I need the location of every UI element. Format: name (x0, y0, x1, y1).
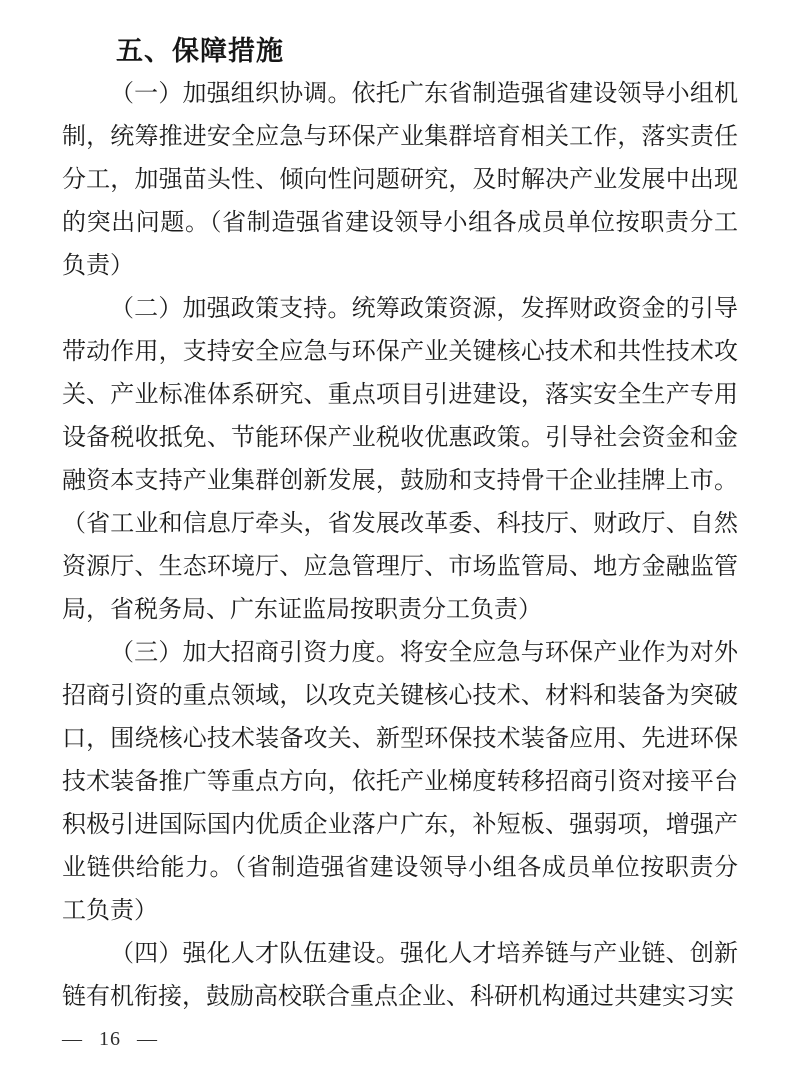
section-heading: 五、保障措施 (62, 30, 738, 73)
footer-page-number: 16 (99, 1028, 121, 1051)
document-page: 五、保障措施 （一）加强组织协调。依托广东省制造强省建设领导小组机制，统筹推进安… (0, 0, 800, 1082)
paragraph-organization-coordination: （一）加强组织协调。依托广东省制造强省建设领导小组机制，统筹推进安全应急与环保产… (62, 73, 738, 288)
footer-right-dash: — (137, 1028, 158, 1051)
document-body: 五、保障措施 （一）加强组织协调。依托广东省制造强省建设领导小组机制，统筹推进安… (62, 30, 738, 1019)
paragraph-investment-promotion: （三）加大招商引资力度。将安全应急与环保产业作为对外招商引资的重点领域，以攻克关… (62, 632, 738, 933)
paragraph-policy-support: （二）加强政策支持。统筹政策资源，发挥财政资金的引导带动作用，支持安全应急与环保… (62, 288, 738, 632)
paragraph-talent-development: （四）强化人才队伍建设。强化人才培养链与产业链、创新链有机衔接，鼓励高校联合重点… (62, 933, 738, 1019)
footer-left-dash: — (62, 1028, 83, 1051)
page-footer: — 16 — (62, 1028, 158, 1051)
